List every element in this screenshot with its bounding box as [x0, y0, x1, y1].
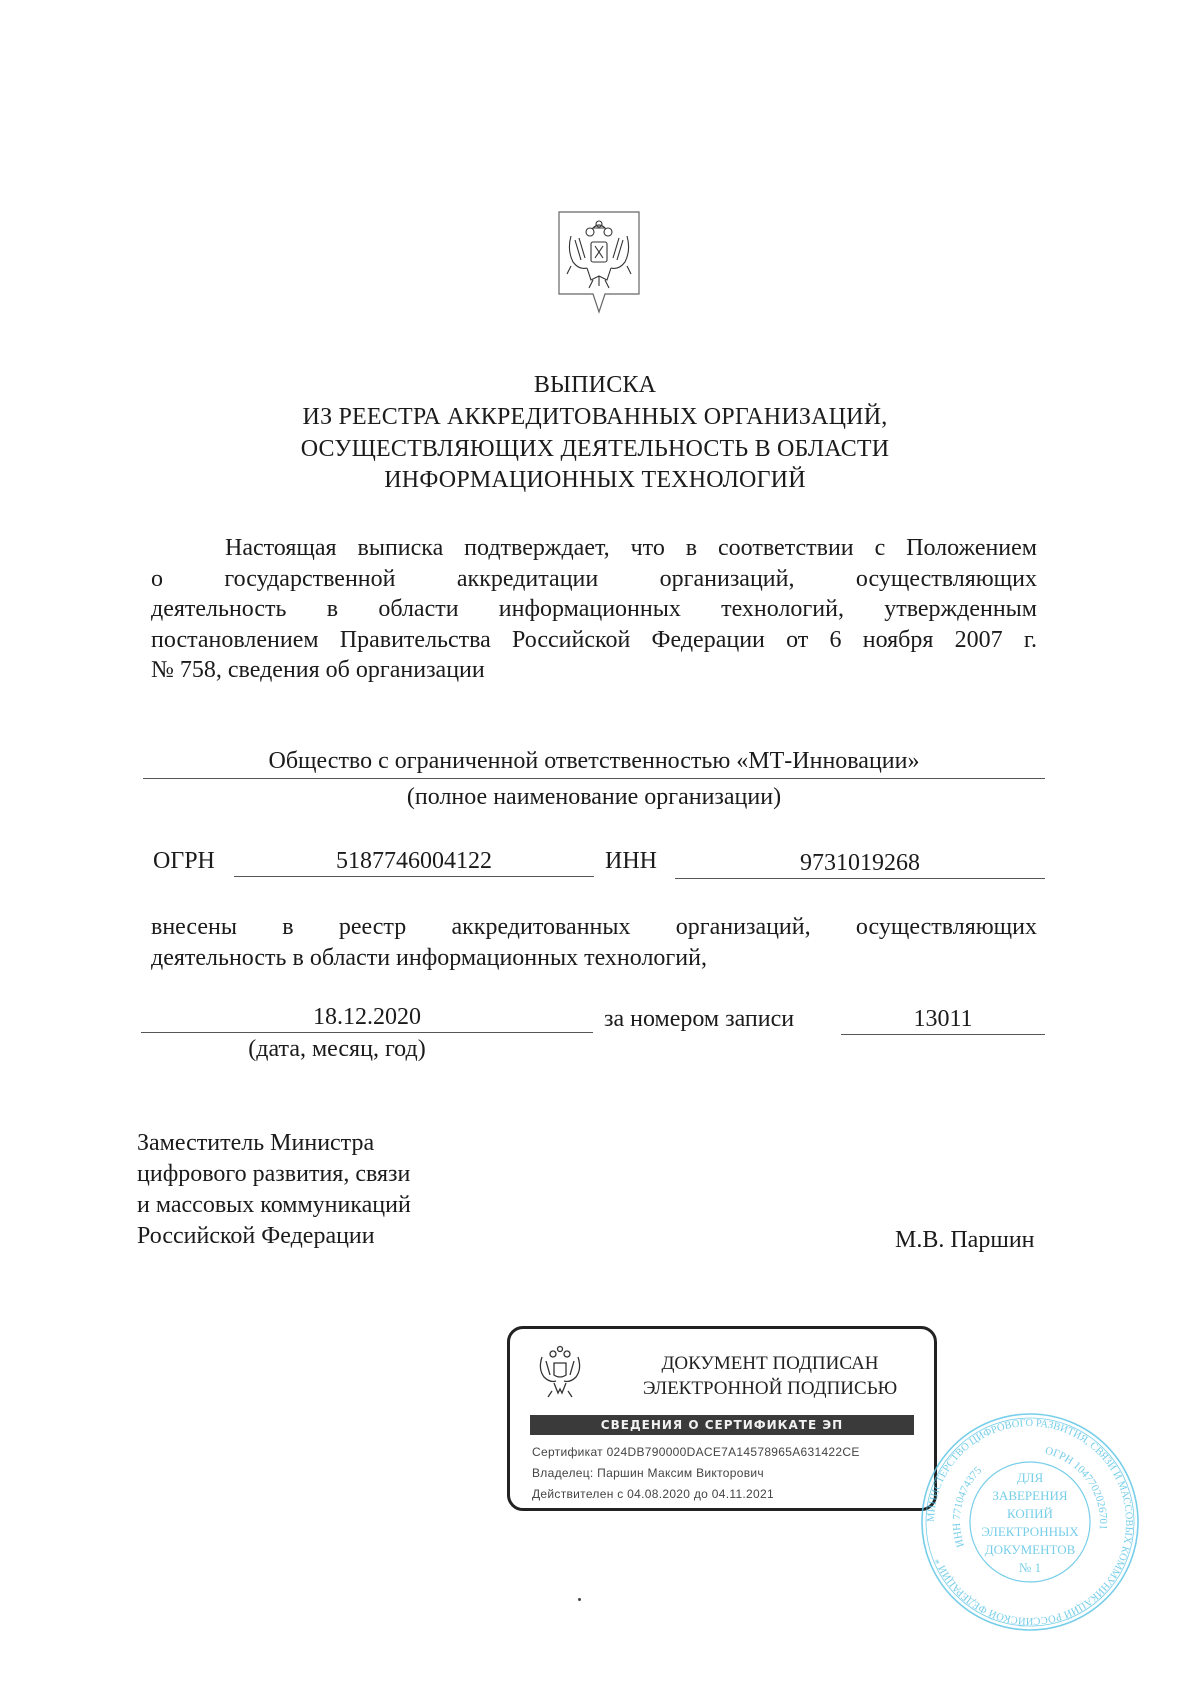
record-number-label: за номером записи	[604, 1004, 794, 1034]
inn-label: ИНН	[605, 846, 657, 876]
stamp-center-line: ДОКУМЕНТОВ	[985, 1542, 1076, 1557]
record-date-field: 18.12.2020	[141, 1002, 593, 1033]
signatory-name: М.В. Паршин	[895, 1225, 1035, 1255]
document-subtitle-line-3: ИНФОРМАЦИОННЫХ ТЕХНОЛОГИЙ	[0, 467, 1190, 494]
inn-value: 9731019268	[800, 850, 920, 876]
registry-line: внесены в реестр аккредитованных организ…	[151, 912, 1037, 943]
signatory-position-line: и массовых коммуникаций	[137, 1190, 411, 1221]
certificate-serial: Сертификат 024DB790000DACE7A14578965A631…	[532, 1445, 860, 1459]
intro-line: № 758, сведения об организации	[151, 655, 1037, 686]
organization-name: Общество с ограниченной ответственностью…	[269, 748, 920, 774]
official-stamp: МИНИСТЕРСТВО ЦИФРОВОГО РАЗВИТИЯ, СВЯЗИ И…	[918, 1410, 1142, 1634]
record-number: 13011	[913, 1006, 972, 1032]
organization-name-label: (полное наименование организации)	[143, 782, 1045, 812]
signatory-position-line: Российской Федерации	[137, 1221, 411, 1252]
ogrn-value: 5187746004122	[336, 848, 492, 874]
certificate-info-bar: СВЕДЕНИЯ О СЕРТИФИКАТЕ ЭП	[530, 1415, 914, 1435]
coat-of-arms-icon	[536, 1343, 584, 1401]
intro-line: о государственной аккредитации организац…	[151, 564, 1037, 595]
stamp-center-line: ЗАВЕРЕНИЯ	[992, 1488, 1067, 1503]
signatory-position: Заместитель Министра цифрового развития,…	[137, 1128, 411, 1252]
record-date: 18.12.2020	[313, 1004, 421, 1030]
certificate-validity: Действителен с 04.08.2020 до 04.11.2021	[532, 1487, 774, 1501]
document-subtitle-line-1: ИЗ РЕЕСТРА АККРЕДИТОВАННЫХ ОРГАНИЗАЦИЙ,	[0, 404, 1190, 431]
stamp-center-line: КОПИЙ	[1007, 1506, 1053, 1521]
intro-paragraph: Настоящая выписка подтверждает, что в со…	[151, 533, 1037, 686]
scan-artifact-dot	[578, 1598, 581, 1601]
signature-heading-line: ЭЛЕКТРОННОЙ ПОДПИСЬЮ	[620, 1376, 920, 1401]
certificate-owner: Владелец: Паршин Максим Викторович	[532, 1466, 764, 1480]
registry-paragraph: внесены в реестр аккредитованных организ…	[151, 912, 1037, 973]
signatory-position-line: цифрового развития, связи	[137, 1159, 411, 1190]
signature-heading: ДОКУМЕНТ ПОДПИСАН ЭЛЕКТРОННОЙ ПОДПИСЬЮ	[620, 1351, 920, 1401]
ogrn-label: ОГРН	[153, 846, 215, 876]
coat-of-arms-emblem	[557, 210, 641, 314]
ogrn-field: 5187746004122	[234, 846, 594, 877]
stamp-center-line: ДЛЯ	[1017, 1470, 1044, 1485]
inn-field: 9731019268	[675, 848, 1045, 879]
signatory-position-line: Заместитель Министра	[137, 1128, 411, 1159]
stamp-center-line: ЭЛЕКТРОННЫХ	[981, 1524, 1079, 1539]
record-number-field: 13011	[841, 1004, 1045, 1035]
intro-line: постановлением Правительства Российской …	[151, 625, 1037, 656]
record-date-label: (дата, месяц, год)	[141, 1034, 593, 1064]
organization-name-field: Общество с ограниченной ответственностью…	[143, 746, 1045, 779]
signature-heading-line: ДОКУМЕНТ ПОДПИСАН	[620, 1351, 920, 1376]
stamp-center-line: № 1	[1019, 1560, 1041, 1575]
intro-line: Настоящая выписка подтверждает, что в со…	[151, 533, 1037, 564]
document-subtitle-line-2: ОСУЩЕСТВЛЯЮЩИХ ДЕЯТЕЛЬНОСТЬ В ОБЛАСТИ	[0, 436, 1190, 463]
registry-line: деятельность в области информационных те…	[151, 943, 1037, 974]
electronic-signature-box: ДОКУМЕНТ ПОДПИСАН ЭЛЕКТРОННОЙ ПОДПИСЬЮ С…	[507, 1326, 937, 1511]
document-title: ВЫПИСКА	[0, 372, 1190, 399]
intro-line: деятельность в области информационных те…	[151, 594, 1037, 625]
